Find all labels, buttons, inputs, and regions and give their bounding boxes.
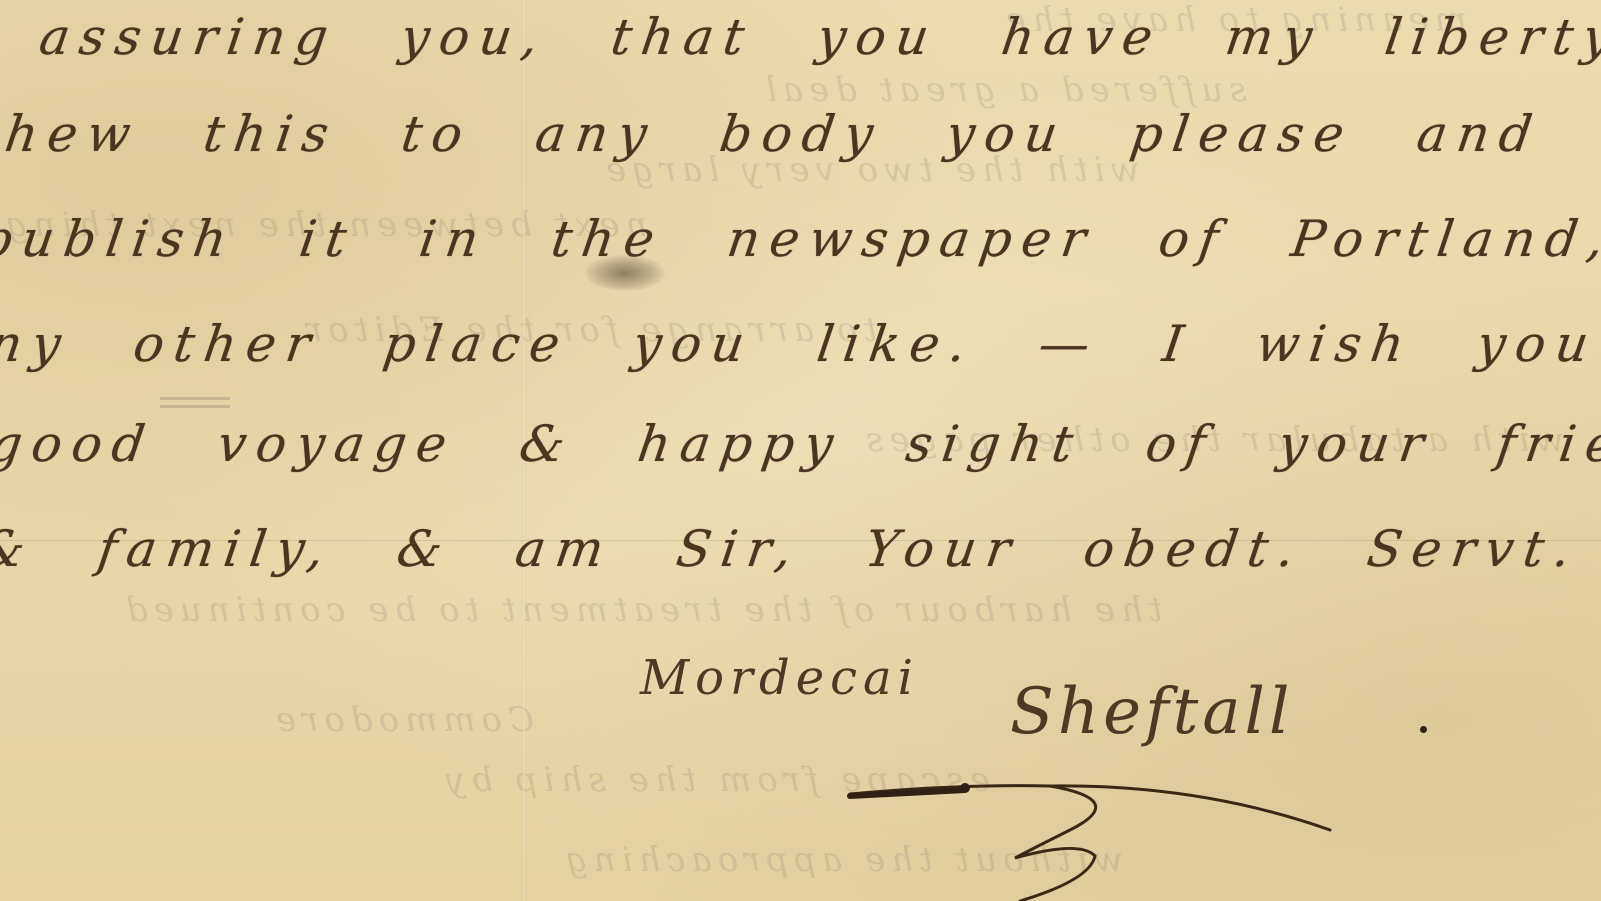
signature-first-name: Mordecai xyxy=(640,650,919,706)
letter-line-1: assuring you, that you have my liberty xyxy=(36,8,1601,66)
bleed-underline xyxy=(160,397,230,400)
signature-period xyxy=(1420,726,1427,733)
letter-line-2: shew this to any body you please and xyxy=(0,105,1546,163)
bleed-through-text: suffered a great deal xyxy=(760,70,1247,110)
bleed-through-text: Commodore xyxy=(270,700,534,740)
letter-line-5: good voyage & happy sight of your friend… xyxy=(0,415,1601,473)
bleed-underline xyxy=(160,405,230,408)
signature-last-name: Sheftall xyxy=(1010,675,1293,749)
letter-line-4: any other place you like. — I wish you xyxy=(0,315,1601,373)
bleed-through-text: the harbour of the treatment to be conti… xyxy=(120,590,1162,630)
letter-line-6: & family, & am Sir, Your obedt. Servt. xyxy=(0,520,1584,578)
letter-page: meaning to have the suffered a great dea… xyxy=(0,0,1601,901)
signature-flourish-icon xyxy=(840,770,1360,901)
letter-line-3: publish it in the newspaper of Portland, xyxy=(0,210,1601,268)
